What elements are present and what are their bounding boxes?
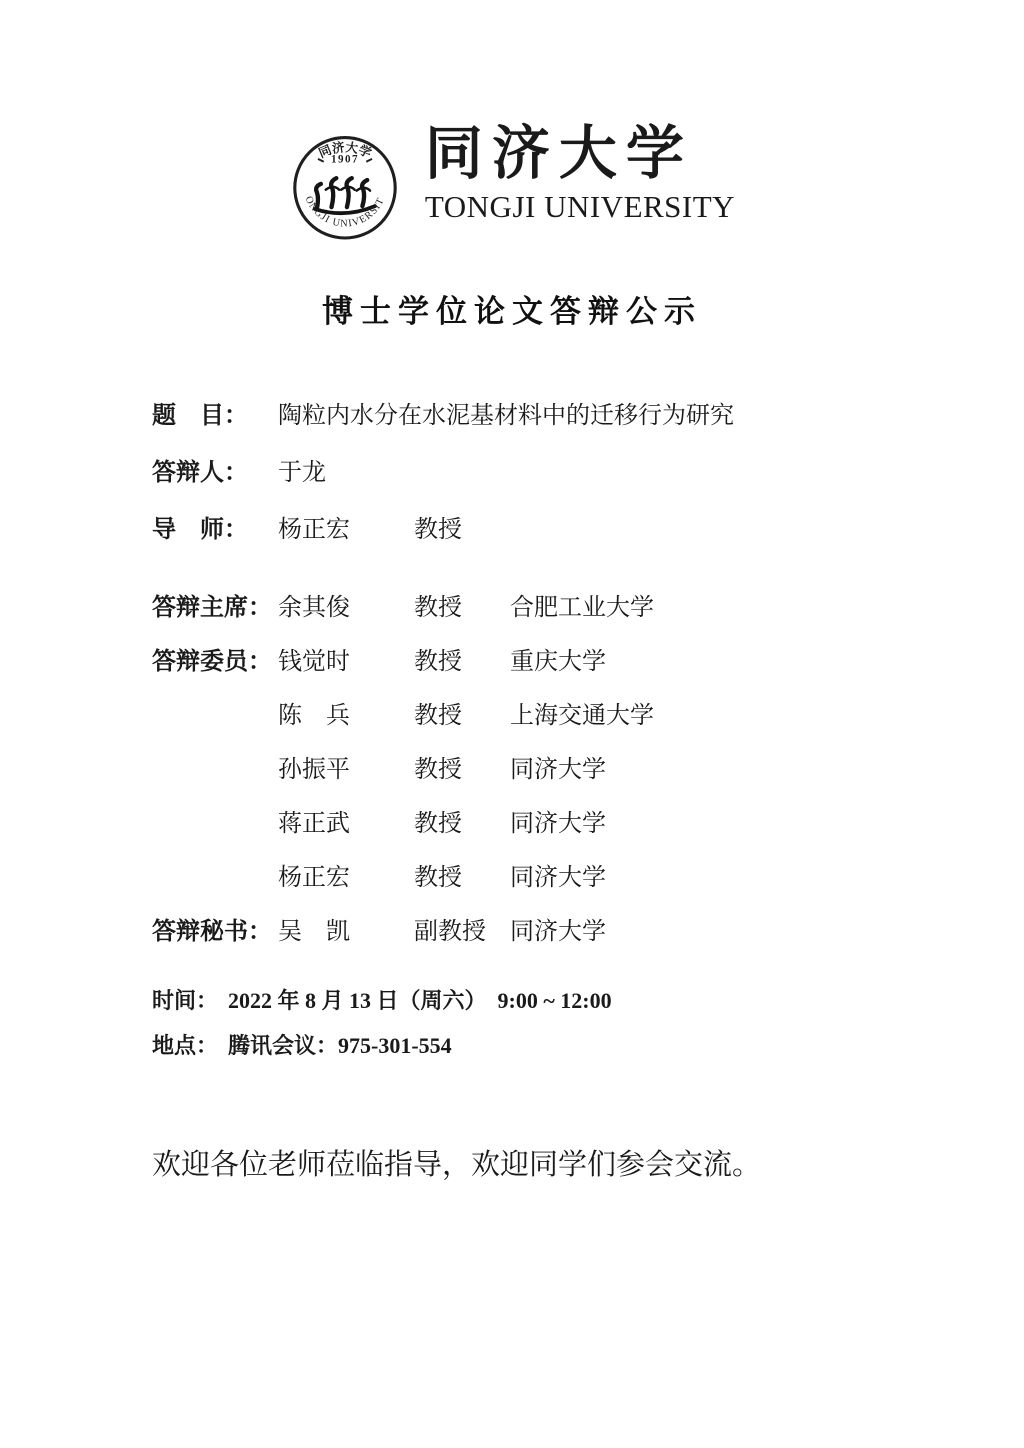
- advisor-row: 导 师： 杨正宏 教授: [152, 516, 964, 544]
- thesis-title-label: 题 目：: [152, 402, 278, 430]
- seal-boat-icon: [315, 178, 375, 213]
- committee-row: 陈 兵 教授 上海交通大学: [152, 702, 964, 730]
- seal-year-text: 1907: [331, 154, 359, 166]
- thesis-title-value: 陶粒内水分在水泥基材料中的迁移行为研究: [278, 402, 964, 430]
- schedule-section: 时间： 2022 年 8 月 13 日（周六） 9:00 ~ 12:00 地点：…: [152, 988, 964, 1059]
- member-name: 陈 兵: [278, 702, 414, 730]
- member-name: 钱觉时: [278, 648, 414, 676]
- member-title: 教授: [414, 648, 510, 676]
- member-affiliation: 上海交通大学: [510, 702, 964, 730]
- advisor-name: 杨正宏: [278, 516, 414, 544]
- member-affiliation: 合肥工业大学: [510, 594, 964, 622]
- committee-row: 答辩主席： 余其俊 教授 合肥工业大学: [152, 594, 964, 622]
- member-title: 教授: [414, 810, 510, 838]
- time-row: 时间： 2022 年 8 月 13 日（周六） 9:00 ~ 12:00: [152, 988, 964, 1014]
- member-name: 杨正宏: [278, 864, 414, 892]
- university-wordmark: 同济大学 TONGJI UNIVERSITY: [425, 122, 735, 224]
- time-value: 2022 年 8 月 13 日（周六） 9:00 ~ 12:00: [228, 988, 964, 1014]
- member-name: 蒋正武: [278, 810, 414, 838]
- member-affiliation: 同济大学: [510, 756, 964, 784]
- defender-label: 答辩人：: [152, 459, 278, 487]
- committee-row: 答辩秘书： 吴 凯 副教授 同济大学: [152, 918, 964, 946]
- venue-label: 地点：: [152, 1033, 228, 1059]
- thesis-info-section: 题 目： 陶粒内水分在水泥基材料中的迁移行为研究 答辩人： 于龙 导 师： 杨正…: [152, 402, 964, 544]
- committee-role-label: 答辩委员：: [152, 648, 278, 676]
- advisor-title: 教授: [414, 516, 510, 544]
- member-title: 教授: [414, 594, 510, 622]
- university-seal-icon: 同济大学 1907 TONGJI UNIVERSITY: [289, 122, 401, 242]
- thesis-title-row: 题 目： 陶粒内水分在水泥基材料中的迁移行为研究: [152, 402, 964, 430]
- member-affiliation: 同济大学: [510, 864, 964, 892]
- member-name: 余其俊: [278, 594, 414, 622]
- committee-row: 蒋正武 教授 同济大学: [152, 810, 964, 838]
- university-name-en: TONGJI UNIVERSITY: [425, 190, 735, 224]
- member-affiliation: 同济大学: [510, 810, 964, 838]
- committee-row: 答辩委员： 钱觉时 教授 重庆大学: [152, 648, 964, 676]
- committee-row: 杨正宏 教授 同济大学: [152, 864, 964, 892]
- member-title: 教授: [414, 756, 510, 784]
- university-name-cn: 同济大学: [425, 122, 735, 186]
- university-logo: 同济大学 1907 TONGJI UNIVERSITY 同济大学 TON: [0, 0, 1024, 242]
- venue-row: 地点： 腾讯会议：975-301-554: [152, 1033, 964, 1059]
- member-affiliation: 同济大学: [510, 918, 964, 946]
- defender-name: 于龙: [278, 459, 964, 487]
- committee-section: 答辩主席： 余其俊 教授 合肥工业大学 答辩委员： 钱觉时 教授 重庆大学 陈 …: [152, 594, 964, 946]
- document-page: 同济大学 1907 TONGJI UNIVERSITY 同济大学 TON: [0, 0, 1024, 1448]
- member-title: 副教授: [414, 918, 510, 946]
- committee-role-label: 答辩主席：: [152, 594, 278, 622]
- time-label: 时间：: [152, 988, 228, 1014]
- committee-role-label: 答辩秘书：: [152, 918, 278, 946]
- welcome-message: 欢迎各位老师莅临指导，欢迎同学们参会交流。: [152, 1147, 964, 1183]
- member-name: 吴 凯: [278, 918, 414, 946]
- member-title: 教授: [414, 702, 510, 730]
- member-affiliation: 重庆大学: [510, 648, 964, 676]
- venue-value: 腾讯会议：975-301-554: [228, 1033, 964, 1059]
- member-title: 教授: [414, 864, 510, 892]
- committee-row: 孙振平 教授 同济大学: [152, 756, 964, 784]
- member-name: 孙振平: [278, 756, 414, 784]
- document-body: 题 目： 陶粒内水分在水泥基材料中的迁移行为研究 答辩人： 于龙 导 师： 杨正…: [0, 402, 1024, 1183]
- document-title: 博士学位论文答辩公示: [0, 294, 1024, 330]
- advisor-label: 导 师：: [152, 516, 278, 544]
- defender-row: 答辩人： 于龙: [152, 459, 964, 487]
